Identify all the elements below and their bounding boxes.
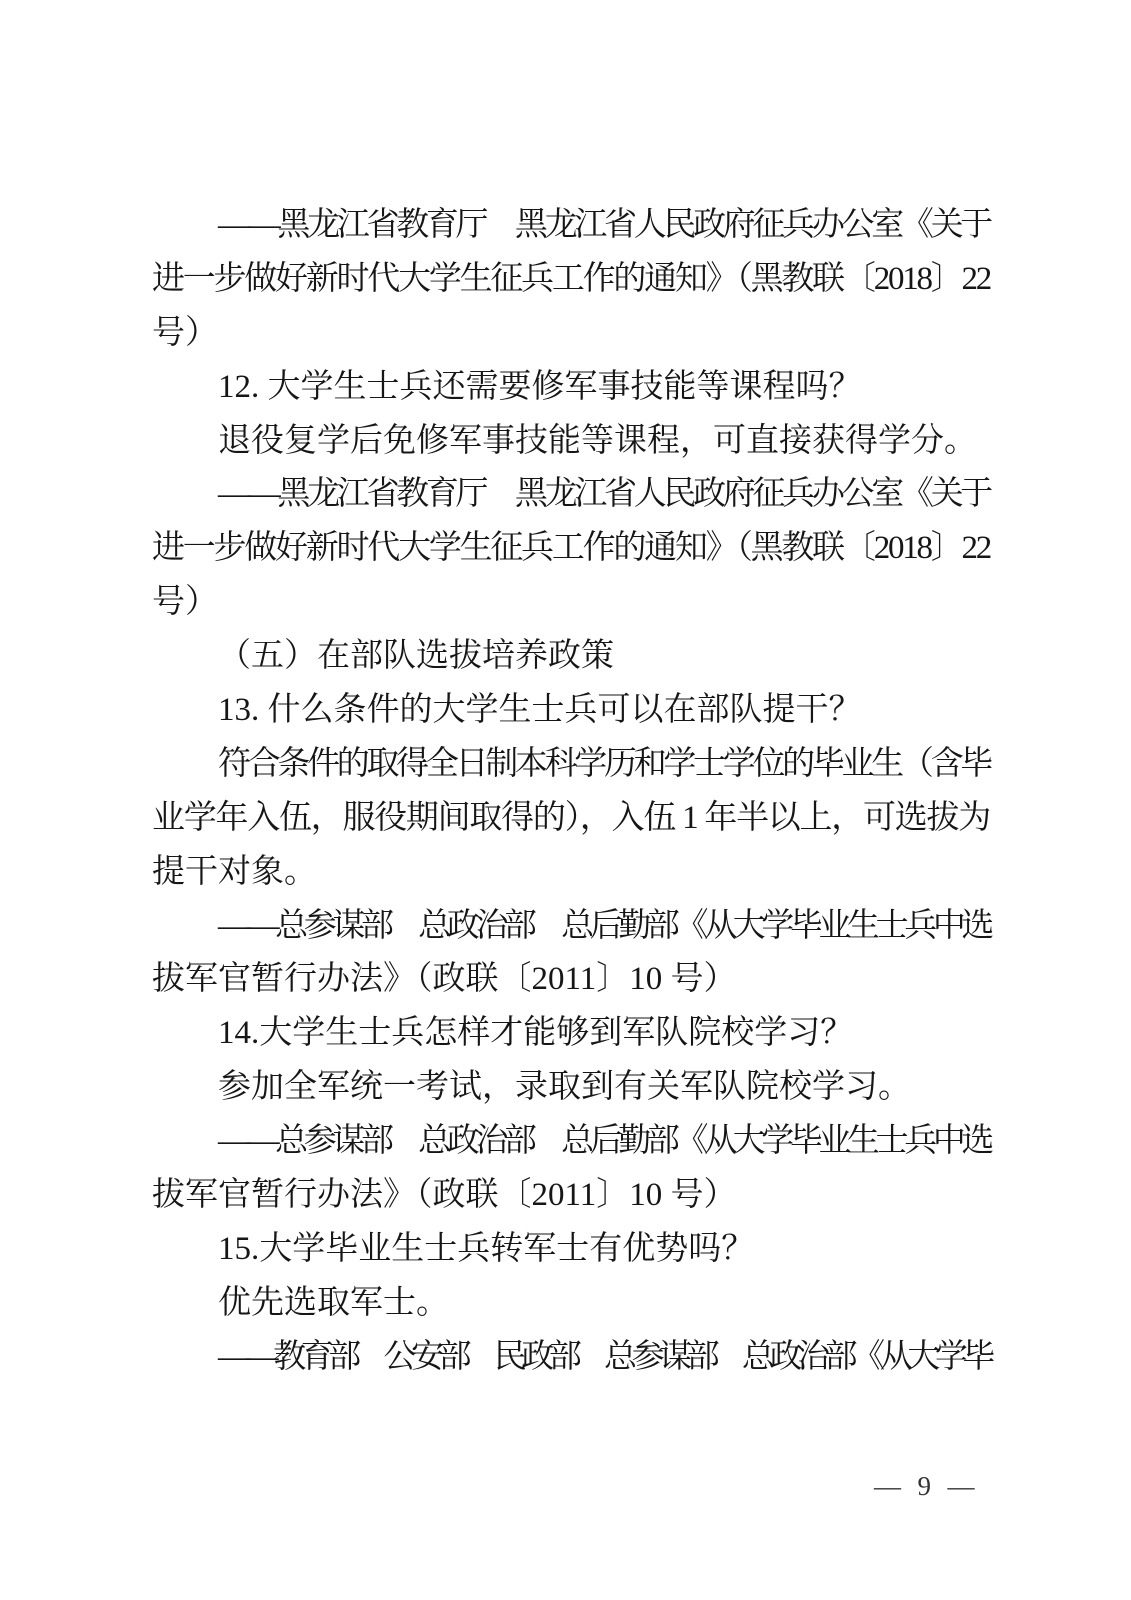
line-text: （五）在部队选拔培养政策: [218, 630, 614, 684]
line-text: 提干对象。: [152, 846, 317, 900]
line-text: 参加全军统一考试，录取到有关军队院校学习。: [218, 1061, 911, 1115]
answer-14-line: 参加全军统一考试，录取到有关军队院校学习。: [152, 1061, 990, 1115]
section-heading: （五）在部队选拔培养政策: [152, 630, 990, 684]
line-text: ——总参谋部 总政治部 总后勤部《从大学毕业生士兵中选: [218, 900, 990, 954]
line-text: 13. 什么条件的大学生士兵可以在部队提干？: [218, 684, 862, 738]
line-text: 进一步做好新时代大学生征兵工作的通知》（黑教联〔2018〕22: [152, 253, 990, 307]
line-text: 12. 大学生士兵还需要修军事技能等课程吗？: [218, 361, 862, 415]
line-text: 号）: [152, 307, 218, 361]
question-14-line: 14.大学生士兵怎样才能够到军队院校学习？: [152, 1007, 990, 1061]
line-text: 符合条件的取得全日制本科学历和学士学位的毕业生（含毕: [218, 738, 990, 792]
document-line: 进一步做好新时代大学生征兵工作的通知》（黑教联〔2018〕22: [152, 522, 990, 576]
document-body: ——黑龙江省教育厅 黑龙江省人民政府征兵办公室《关于 进一步做好新时代大学生征兵…: [152, 199, 990, 1385]
line-text: 15.大学毕业生士兵转军士有优势吗？: [218, 1223, 754, 1277]
answer-13-line: 符合条件的取得全日制本科学历和学士学位的毕业生（含毕: [152, 738, 990, 792]
answer-15-line: 优先选取军士。: [152, 1277, 990, 1331]
document-line: 号）: [152, 576, 990, 630]
line-text: 14.大学生士兵怎样才能够到军队院校学习？: [218, 1007, 853, 1061]
answer-13-line: 业学年入伍，服役期间取得的），入伍 1 年半以上，可选拔为: [152, 792, 990, 846]
question-15-line: 15.大学毕业生士兵转军士有优势吗？: [152, 1223, 990, 1277]
page-number: — 9 —: [874, 1469, 976, 1503]
line-text: ——教育部 公安部 民政部 总参谋部 总政治部《从大学毕: [218, 1331, 990, 1385]
line-text: 退役复学后免修军事技能等课程，可直接获得学分。: [218, 415, 977, 469]
line-text: ——总参谋部 总政治部 总后勤部《从大学毕业生士兵中选: [218, 1115, 990, 1169]
line-text: 拔军官暂行办法》（政联〔2011〕10 号）: [152, 953, 737, 1007]
line-text: ——黑龙江省教育厅 黑龙江省人民政府征兵办公室《关于: [218, 468, 990, 522]
line-text: 进一步做好新时代大学生征兵工作的通知》（黑教联〔2018〕22: [152, 522, 990, 576]
citation-line: ——总参谋部 总政治部 总后勤部《从大学毕业生士兵中选: [152, 1115, 990, 1169]
citation-line: ——总参谋部 总政治部 总后勤部《从大学毕业生士兵中选: [152, 900, 990, 954]
document-line: ——黑龙江省教育厅 黑龙江省人民政府征兵办公室《关于: [152, 468, 990, 522]
document-line: 进一步做好新时代大学生征兵工作的通知》（黑教联〔2018〕22: [152, 253, 990, 307]
document-page: ——黑龙江省教育厅 黑龙江省人民政府征兵办公室《关于 进一步做好新时代大学生征兵…: [0, 0, 1131, 1600]
document-line: 号）: [152, 307, 990, 361]
answer-13-line: 提干对象。: [152, 846, 990, 900]
citation-line: 拔军官暂行办法》（政联〔2011〕10 号）: [152, 1169, 990, 1223]
line-text: 优先选取军士。: [218, 1277, 449, 1331]
question-13-line: 13. 什么条件的大学生士兵可以在部队提干？: [152, 684, 990, 738]
line-text: ——黑龙江省教育厅 黑龙江省人民政府征兵办公室《关于: [218, 199, 990, 253]
document-line: ——黑龙江省教育厅 黑龙江省人民政府征兵办公室《关于: [152, 199, 990, 253]
citation-line: 拔军官暂行办法》（政联〔2011〕10 号）: [152, 953, 990, 1007]
line-text: 拔军官暂行办法》（政联〔2011〕10 号）: [152, 1169, 737, 1223]
answer-12-line: 退役复学后免修军事技能等课程，可直接获得学分。: [152, 415, 990, 469]
line-text: 号）: [152, 576, 218, 630]
citation-line: ——教育部 公安部 民政部 总参谋部 总政治部《从大学毕: [152, 1331, 990, 1385]
question-12-line: 12. 大学生士兵还需要修军事技能等课程吗？: [152, 361, 990, 415]
line-text: 业学年入伍，服役期间取得的），入伍 1 年半以上，可选拔为: [152, 792, 990, 846]
